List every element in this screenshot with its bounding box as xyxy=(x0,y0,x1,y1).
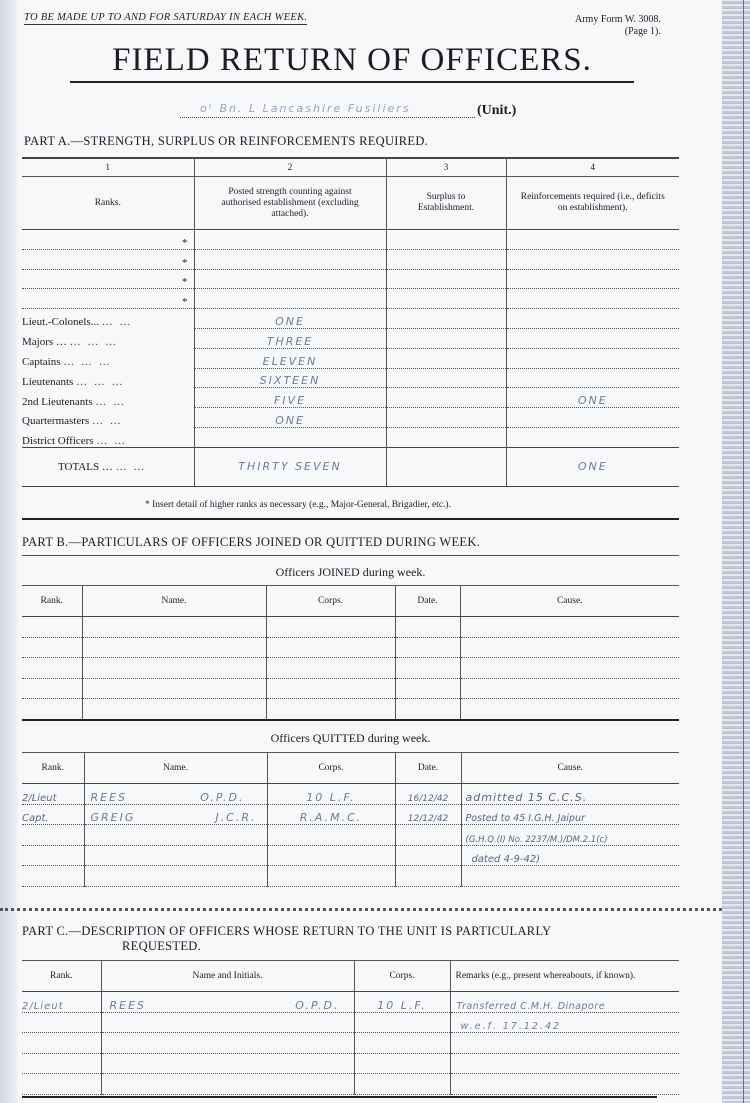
star-marker: * xyxy=(22,249,194,269)
rank-label: District Officers … … xyxy=(22,427,194,447)
leader-dots: … … xyxy=(95,396,126,408)
initials: O.P.D. xyxy=(295,999,353,1012)
rank-name: Quartermasters xyxy=(22,415,89,427)
higher-rank-row: * xyxy=(22,249,679,269)
reinforcements-cell[interactable] xyxy=(506,368,679,388)
reinforcements-cell[interactable] xyxy=(506,348,679,368)
rank-cell[interactable] xyxy=(22,617,82,638)
rank-cell[interactable]: Capt. xyxy=(22,804,84,825)
quitted-table: Rank. Name. Corps. Date. Cause. 2/Lieut … xyxy=(22,753,679,887)
date-cell[interactable] xyxy=(395,658,460,679)
cell[interactable] xyxy=(386,289,506,309)
column-number-row: 1 2 3 4 xyxy=(22,158,679,177)
cell[interactable] xyxy=(386,269,506,289)
rank-row-2nd-lieutenants: 2nd Lieutenants … … FIVE ONE xyxy=(22,388,679,408)
rank-row-lieutenants: Lieutenants … … … SIXTEEN xyxy=(22,368,679,388)
leader-dots: … … xyxy=(92,415,123,427)
page-label: (Page 1). xyxy=(575,26,661,38)
posted-cell[interactable]: THREE xyxy=(194,328,386,348)
rank-label: Quartermasters … … xyxy=(22,408,194,428)
cause-cell[interactable]: admitted 15 C.C.S. xyxy=(461,784,679,805)
leader-dots: … … xyxy=(102,316,133,328)
date-cell[interactable]: 16/12/42 xyxy=(395,784,461,805)
part-a-heading: PART A.—STRENGTH, SURPLUS OR REINFORCEME… xyxy=(24,134,428,149)
joined-row xyxy=(22,617,679,638)
remarks-cell[interactable]: w.e.f. 17.12.42 xyxy=(450,1012,679,1033)
surname: REES xyxy=(85,791,128,804)
rank-row-majors: Majors … … … … THREE xyxy=(22,328,679,348)
corps-cell[interactable] xyxy=(267,825,395,846)
name-cell[interactable] xyxy=(84,866,267,887)
cell[interactable] xyxy=(506,289,679,309)
joined-row xyxy=(22,637,679,658)
rank-cell[interactable] xyxy=(22,678,82,699)
joined-title: Officers JOINED during week. xyxy=(22,565,679,580)
header-posted-strength: Posted strength counting against authori… xyxy=(194,177,386,230)
surplus-cell[interactable] xyxy=(386,309,506,329)
cell[interactable] xyxy=(506,230,679,250)
date-cell[interactable] xyxy=(395,617,460,638)
reinforcements-cell[interactable] xyxy=(506,309,679,329)
corps-cell[interactable]: R.A.M.C. xyxy=(267,804,395,825)
paper-edge xyxy=(722,0,750,1103)
part-c-heading-line2: REQUESTED. xyxy=(22,939,551,954)
cause-cell[interactable] xyxy=(460,699,679,720)
posted-cell[interactable]: ELEVEN xyxy=(194,348,386,368)
corps-cell[interactable] xyxy=(354,1033,450,1054)
quitted-row: dated 4-9-42) xyxy=(22,845,679,866)
header-rank: Rank. xyxy=(22,586,82,617)
rank-cell[interactable] xyxy=(22,637,82,658)
name-cell[interactable] xyxy=(82,658,266,679)
rank-label: 2nd Lieutenants … … xyxy=(22,388,194,408)
rank-name: Captains xyxy=(22,356,61,368)
page-title: FIELD RETURN OF OFFICERS. xyxy=(70,42,634,83)
reinforcements-cell[interactable] xyxy=(506,427,679,447)
leader-dots: … … … xyxy=(70,336,119,348)
header-corps: Corps. xyxy=(267,753,395,784)
joined-table: Rank. Name. Corps. Date. Cause. xyxy=(22,586,679,720)
leader-dots: … … xyxy=(116,461,147,473)
joined-row xyxy=(22,678,679,699)
unit-field[interactable]: oᵗ Bn. L Lancashire Fusiliers xyxy=(180,102,475,118)
rank-cell[interactable] xyxy=(22,825,84,846)
date-cell[interactable] xyxy=(395,825,461,846)
rank-row-district-officers: District Officers … … xyxy=(22,427,679,447)
header-name: Name. xyxy=(82,586,266,617)
date-cell[interactable] xyxy=(395,699,460,720)
cause-cell[interactable] xyxy=(460,617,679,638)
corps-cell[interactable] xyxy=(266,637,395,658)
part-b-heading: PART B.—PARTICULARS OF OFFICERS JOINED O… xyxy=(22,535,480,550)
corps-cell[interactable] xyxy=(354,1053,450,1074)
quitted-title: Officers QUITTED during week. xyxy=(22,731,679,746)
rank-name: Lieutenants xyxy=(22,376,73,388)
header-date: Date. xyxy=(395,586,460,617)
totals-row: TOTALS … … … THIRTY SEVEN ONE xyxy=(22,447,679,486)
surplus-cell[interactable] xyxy=(386,388,506,408)
part-c-row xyxy=(22,1053,679,1074)
header-date: Date. xyxy=(395,753,461,784)
name-cell[interactable]: REESO.P.D. xyxy=(84,784,267,805)
rank-row-lieut-colonels: Lieut.-Colonels... … … ONE xyxy=(22,309,679,329)
cell[interactable] xyxy=(506,249,679,269)
leader-dots: … … … xyxy=(76,376,125,388)
unit-label: (Unit.) xyxy=(477,103,516,119)
form-number: Army Form W. 3008. (Page 1). xyxy=(575,14,661,38)
name-cell[interactable]: GREIGJ.C.R. xyxy=(84,804,267,825)
name-cell[interactable] xyxy=(82,617,266,638)
rank-name: Majors … xyxy=(22,336,67,348)
col-number-4: 4 xyxy=(506,158,679,177)
cell[interactable] xyxy=(194,269,386,289)
surplus-cell[interactable] xyxy=(386,348,506,368)
posted-cell[interactable]: ONE xyxy=(194,408,386,428)
remarks-cell[interactable]: Transferred C.M.H. Dinapore xyxy=(450,992,679,1013)
rank-cell[interactable] xyxy=(22,1053,101,1074)
header-rank: Rank. xyxy=(22,753,84,784)
cause-cell[interactable] xyxy=(461,866,679,887)
part-c-row xyxy=(22,1074,679,1095)
part-c-header-row: Rank. Name and Initials. Corps. Remarks … xyxy=(22,961,679,992)
rank-label: Majors … … … … xyxy=(22,328,194,348)
header-rank: Rank. xyxy=(22,961,101,992)
cause-cell[interactable]: (G.H.Q.(I) No. 2237/M.)/DM.2.1(c) xyxy=(461,825,679,846)
top-note: TO BE MADE UP TO AND FOR SATURDAY IN EAC… xyxy=(24,12,307,25)
corps-cell[interactable]: 10 L.F. xyxy=(267,784,395,805)
corps-cell[interactable] xyxy=(267,845,395,866)
name-cell[interactable] xyxy=(101,1053,354,1074)
rank-cell[interactable] xyxy=(22,699,82,720)
reinforcements-cell[interactable] xyxy=(506,328,679,348)
rank-cell[interactable] xyxy=(22,1074,101,1095)
corps-cell[interactable] xyxy=(267,866,395,887)
name-cell[interactable] xyxy=(84,825,267,846)
corps-cell[interactable]: 10 L.F. xyxy=(354,992,450,1013)
cell[interactable] xyxy=(194,249,386,269)
part-c-row xyxy=(22,1033,679,1054)
date-cell[interactable] xyxy=(395,678,460,699)
part-c-heading-line1: PART C.—DESCRIPTION OF OFFICERS WHOSE RE… xyxy=(22,924,551,939)
surplus-cell[interactable] xyxy=(386,427,506,447)
strength-table: 1 2 3 4 Ranks. Posted strength counting … xyxy=(22,158,679,487)
bottom-rule xyxy=(22,1096,657,1098)
date-cell[interactable] xyxy=(395,866,461,887)
leader-dots: … … xyxy=(96,435,127,447)
header-reinforcements: Reinforcements required (i.e., deficits … xyxy=(506,177,679,230)
part-c-heading: PART C.—DESCRIPTION OF OFFICERS WHOSE RE… xyxy=(22,924,551,954)
footnote: * Insert detail of higher ranks as neces… xyxy=(145,500,451,510)
initials: O.P.D. xyxy=(200,791,266,804)
totals-label: TOTALS … … … xyxy=(22,447,194,486)
remarks-cell[interactable] xyxy=(450,1033,679,1054)
rank-label: Lieut.-Colonels... … … xyxy=(22,309,194,329)
surname: REES xyxy=(102,999,147,1012)
name-cell[interactable] xyxy=(84,845,267,866)
cell[interactable] xyxy=(194,230,386,250)
divider xyxy=(22,719,679,721)
cell[interactable] xyxy=(386,249,506,269)
corps-cell[interactable] xyxy=(354,1012,450,1033)
totals-reinforcements[interactable]: ONE xyxy=(506,447,679,486)
quitted-row: (G.H.Q.(I) No. 2237/M.)/DM.2.1(c) xyxy=(22,825,679,846)
part-c-row: w.e.f. 17.12.42 xyxy=(22,1012,679,1033)
part-c-row: 2/Lieut REESO.P.D. 10 L.F. Transferred C… xyxy=(22,992,679,1013)
rank-name: District Officers xyxy=(22,435,94,447)
surname: GREIG xyxy=(85,811,136,824)
posted-cell[interactable]: ONE xyxy=(194,309,386,329)
name-cell[interactable] xyxy=(82,699,266,720)
higher-rank-row: * xyxy=(22,269,679,289)
corps-cell[interactable] xyxy=(266,617,395,638)
rank-cell[interactable] xyxy=(22,845,84,866)
cause-cell[interactable] xyxy=(460,637,679,658)
header-ranks: Ranks. xyxy=(22,177,194,230)
rank-row-captains: Captains … … … ELEVEN xyxy=(22,348,679,368)
return-requested-table: Rank. Name and Initials. Corps. Remarks … xyxy=(22,961,679,1095)
header-name-initials: Name and Initials. xyxy=(101,961,354,992)
date-cell[interactable] xyxy=(395,637,460,658)
rank-cell[interactable] xyxy=(22,1012,101,1033)
leader-dots: … … … xyxy=(63,356,112,368)
higher-rank-row: * xyxy=(22,289,679,309)
rank-cell[interactable]: 2/Lieut xyxy=(22,992,101,1013)
header-row: Ranks. Posted strength counting against … xyxy=(22,177,679,230)
quitted-header-row: Rank. Name. Corps. Date. Cause. xyxy=(22,753,679,784)
cell[interactable] xyxy=(386,230,506,250)
divider xyxy=(22,518,679,520)
initials: J.C.R. xyxy=(215,811,266,824)
surplus-cell[interactable] xyxy=(386,408,506,428)
header-cause: Cause. xyxy=(461,753,679,784)
corps-cell[interactable] xyxy=(354,1074,450,1095)
cause-cell[interactable] xyxy=(460,658,679,679)
posted-cell[interactable]: SIXTEEN xyxy=(194,368,386,388)
quitted-row: 2/Lieut REESO.P.D. 10 L.F. 16/12/42 admi… xyxy=(22,784,679,805)
cell[interactable] xyxy=(506,269,679,289)
posted-cell[interactable] xyxy=(194,427,386,447)
joined-row xyxy=(22,699,679,720)
remarks-cell[interactable] xyxy=(450,1074,679,1095)
divider xyxy=(22,555,679,556)
joined-row xyxy=(22,658,679,679)
higher-rank-row: * xyxy=(22,230,679,250)
rank-cell[interactable] xyxy=(22,866,84,887)
corps-cell[interactable] xyxy=(266,658,395,679)
cause-cell[interactable]: Posted to 45 I.G.H. Jaipur xyxy=(461,804,679,825)
rank-label: Lieutenants … … … xyxy=(22,368,194,388)
name-cell[interactable] xyxy=(101,1074,354,1095)
col-number-2: 2 xyxy=(194,158,386,177)
rank-label: Captains … … … xyxy=(22,348,194,368)
quitted-row: Capt. GREIGJ.C.R. R.A.M.C. 12/12/42 Post… xyxy=(22,804,679,825)
corps-cell[interactable] xyxy=(266,678,395,699)
col-number-3: 3 xyxy=(386,158,506,177)
star-marker: * xyxy=(22,230,194,250)
cause-cell[interactable] xyxy=(460,678,679,699)
remarks-cell[interactable] xyxy=(450,1053,679,1074)
star-marker: * xyxy=(22,289,194,309)
rank-cell[interactable]: 2/Lieut xyxy=(22,784,84,805)
totals-text: TOTALS … xyxy=(58,461,113,473)
col-number-1: 1 xyxy=(22,158,194,177)
star-marker: * xyxy=(22,269,194,289)
name-cell[interactable] xyxy=(82,637,266,658)
rank-cell[interactable] xyxy=(22,658,82,679)
header-surplus: Surplus to Establishment. xyxy=(386,177,506,230)
header-cause: Cause. xyxy=(460,586,679,617)
reinforcements-cell[interactable] xyxy=(506,408,679,428)
perforation-line xyxy=(0,908,722,911)
name-cell[interactable]: REESO.P.D. xyxy=(101,992,354,1013)
surplus-cell[interactable] xyxy=(386,368,506,388)
date-cell[interactable] xyxy=(395,845,461,866)
rank-name: Lieut.-Colonels... xyxy=(22,316,99,328)
rank-name: 2nd Lieutenants xyxy=(22,396,93,408)
form-number-text: Army Form W. 3008. xyxy=(575,14,661,26)
totals-posted[interactable]: THIRTY SEVEN xyxy=(194,447,386,486)
date-cell[interactable]: 12/12/42 xyxy=(395,804,461,825)
quitted-row xyxy=(22,866,679,887)
header-name: Name. xyxy=(84,753,267,784)
cell[interactable] xyxy=(194,289,386,309)
reinforcements-cell[interactable]: ONE xyxy=(506,388,679,408)
totals-surplus[interactable] xyxy=(386,447,506,486)
rank-row-quartermasters: Quartermasters … … ONE xyxy=(22,408,679,428)
header-corps: Corps. xyxy=(354,961,450,992)
joined-header-row: Rank. Name. Corps. Date. Cause. xyxy=(22,586,679,617)
header-remarks: Remarks (e.g., present whereabouts, if k… xyxy=(450,961,679,992)
surplus-cell[interactable] xyxy=(386,328,506,348)
corps-cell[interactable] xyxy=(266,699,395,720)
header-corps: Corps. xyxy=(266,586,395,617)
name-cell[interactable] xyxy=(101,1012,354,1033)
rank-cell[interactable] xyxy=(22,1033,101,1054)
name-cell[interactable] xyxy=(82,678,266,699)
posted-cell[interactable]: FIVE xyxy=(194,388,386,408)
name-cell[interactable] xyxy=(101,1033,354,1054)
cause-cell[interactable]: dated 4-9-42) xyxy=(461,845,679,866)
